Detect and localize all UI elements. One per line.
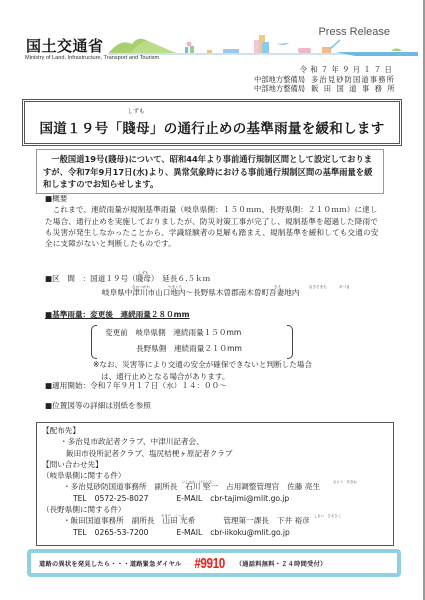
overview-heading: ■概要 xyxy=(45,193,385,204)
range-line-2: なかつがわ やまぐち きそ なぎそまち あづま 岐阜県中津川市山口地内～長野県木… xyxy=(45,287,385,298)
rain-note: ※なお、災害等により交通の安全が確保できないと判断した場合 は、通行止めとなる場… xyxy=(93,359,385,382)
previous-gifu: 変更前 岐阜県側 連続雨量１５０mm xyxy=(105,327,241,338)
apply-start: ■適用開始：令和７年９月１７日（水）１４：００～ xyxy=(45,380,227,391)
press-release-label: Press Release xyxy=(318,26,390,38)
range-line-1: ■区 間 ：国道１９号（しずも賤母） 延長６.５ｋｍ xyxy=(45,273,385,284)
previous-threshold-box: 変更前 岐阜県側 連続雨量１５０mm 長野県側 連続雨量２１０mm xyxy=(91,325,293,359)
gifu-office: ・多治見砂防国道事務所 xyxy=(63,482,147,491)
nagano-title-1: 副所長 xyxy=(132,516,155,525)
gifu-tel[interactable]: 0572-25-8027 xyxy=(95,494,149,503)
overview-section: ■概要 これまで、連続雨量が規制基準雨量（岐阜県側：１５０ｍｍ、長野県側：２１０… xyxy=(45,193,385,249)
emergency-text-post: （通話料無料・２４時間受付） xyxy=(236,559,327,568)
map-reference: ■位置図等の詳細は別紙を参照 xyxy=(45,400,151,411)
title-box: 国道１９号「しずも賤母」の通行止めの基準雨量を緩和します xyxy=(22,99,402,146)
nagano-tel-row: TEL0265-53-7200E-MAILcbr-iikoku@mlit.go.… xyxy=(42,527,388,538)
nagano-title-2: 管理第一課長 xyxy=(223,516,269,525)
rain-heading: ■基準雨量：変更後 連続雨量２８０mm xyxy=(45,309,385,320)
nagano-email[interactable]: cbr-iikoku@mlit.go.jp xyxy=(210,528,290,537)
emergency-text-pre: 道路の異状を発見したら・・・道路緊急ダイヤル xyxy=(39,559,182,568)
title-post: 」の通行止めの基準雨量を緩和します xyxy=(150,121,385,137)
furigana: さとう あきお xyxy=(333,477,357,488)
note-line-1: ※なお、災害等により交通の安全が確保できないと判断した場合 xyxy=(93,359,385,370)
title-ruby-text: しずも xyxy=(127,107,144,115)
gifu-title-2: 占用調整管理官 xyxy=(226,482,279,491)
range-section: ■区 間 ：国道１９号（しずも賤母） 延長６.５ｋｍ なかつがわ やまぐち きそ… xyxy=(45,273,385,299)
emergency-number[interactable]: #9910 xyxy=(194,555,225,572)
distribution-heading: 【配布先】 xyxy=(42,425,388,436)
office-dept: 中部地方整備局 xyxy=(254,84,305,93)
furigana: やまぐち xyxy=(168,282,182,293)
distribution-line-1: ・多治見市政記者クラブ、中津川記者会、 xyxy=(42,436,388,447)
nagano-contact-row: やまだ こうき しもい ひろひこ ・飯田国道事務所副所長山田 光希管理第一課長下… xyxy=(42,515,388,526)
nagano-name-2: 下井 裕彦 xyxy=(277,516,310,525)
inquiry-heading: 【問い合わせ先】 xyxy=(42,459,388,470)
furigana: なぎそまち xyxy=(309,282,327,293)
range-label: ■区 間 ： xyxy=(45,274,90,283)
overview-paragraph: これまで、連続雨量が規制基準雨量（岐阜県側：１５０ｍｍ、長野県側：２１０ｍｍ）に… xyxy=(45,204,385,249)
issuing-office-2: 中部地方整備局飯田国道事務所 xyxy=(254,84,395,94)
gifu-title-1: 副所長 xyxy=(155,482,178,491)
furigana: きそ xyxy=(274,282,281,293)
office-name: 多治見砂防国道事務所 xyxy=(311,75,395,84)
page-title: 国道１９号「しずも賤母」の通行止めの基準雨量を緩和します xyxy=(39,117,384,137)
title-ruby-base: 賤母 xyxy=(122,121,150,137)
mail-label: E-MAIL xyxy=(176,528,202,537)
distribution-line-2: 飯田市役所記者クラブ、塩尻桔梗ヶ原記者クラブ xyxy=(42,448,388,459)
mail-label: E-MAIL xyxy=(176,494,202,503)
summary-text: 一般国道19号(賤母)について、昭和44年より事前通行規制区間として設定しており… xyxy=(43,153,377,191)
gifu-name-2: 佐藤 亮生 xyxy=(287,482,320,491)
furigana: あづま xyxy=(339,282,350,293)
gifu-contact-row: いしかわ けんいち さとう あきお ・多治見砂防国道事務所副所長石川 堅一占用調… xyxy=(42,481,388,492)
range-pre: 国道１９号（ xyxy=(90,274,136,283)
title-pre: 国道１９号「 xyxy=(39,121,122,137)
ministry-logo-jp: 国土交通省 xyxy=(26,35,104,56)
emergency-dial-banner: 道路の異状を発見したら・・・道路緊急ダイヤル #9910 （通話料無料・２４時間… xyxy=(27,549,401,577)
nagano-tel[interactable]: 0265-53-7200 xyxy=(95,528,149,537)
release-date: 令和７年９月１７日 xyxy=(300,64,395,75)
office-name: 飯田国道事務所 xyxy=(311,84,400,93)
furigana: なかつがわ xyxy=(132,282,150,293)
previous-nagano: 長野県側 連続雨量２１０mm xyxy=(136,343,242,354)
bracket-left xyxy=(91,325,97,359)
contact-box: 【配布先】 ・多治見市政記者クラブ、中津川記者会、 飯田市役所記者クラブ、塩尻桔… xyxy=(36,422,394,546)
title-ruby: しずも賤母 xyxy=(122,117,150,137)
gifu-email[interactable]: cbr-tajimi@mlit.go.jp xyxy=(210,494,289,503)
furigana: しもい ひろひこ xyxy=(314,511,341,522)
tel-label: TEL xyxy=(73,528,87,537)
office-dept: 中部地方整備局 xyxy=(254,75,305,84)
header: 国土交通省 Ministry of Land, Infrastructure, … xyxy=(0,0,420,60)
range-ruby-text: しずも xyxy=(138,268,149,279)
nagano-office: ・飯田国道事務所 xyxy=(63,516,124,525)
tel-label: TEL xyxy=(73,494,87,503)
gifu-tel-row: TEL0572-25-8027E-MAILcbr-tajimi@mlit.go.… xyxy=(42,493,388,504)
summary-box: 一般国道19号(賤母)について、昭和44年より事前通行規制区間として設定しており… xyxy=(36,149,384,194)
rain-section: ■基準雨量：変更後 連続雨量２８０mm 変更前 岐阜県側 連続雨量１５０mm 長… xyxy=(45,309,385,382)
bracket-right xyxy=(287,325,293,359)
furigana: やまだ こうき xyxy=(161,511,185,522)
furigana: いしかわ けんいち xyxy=(182,477,213,488)
